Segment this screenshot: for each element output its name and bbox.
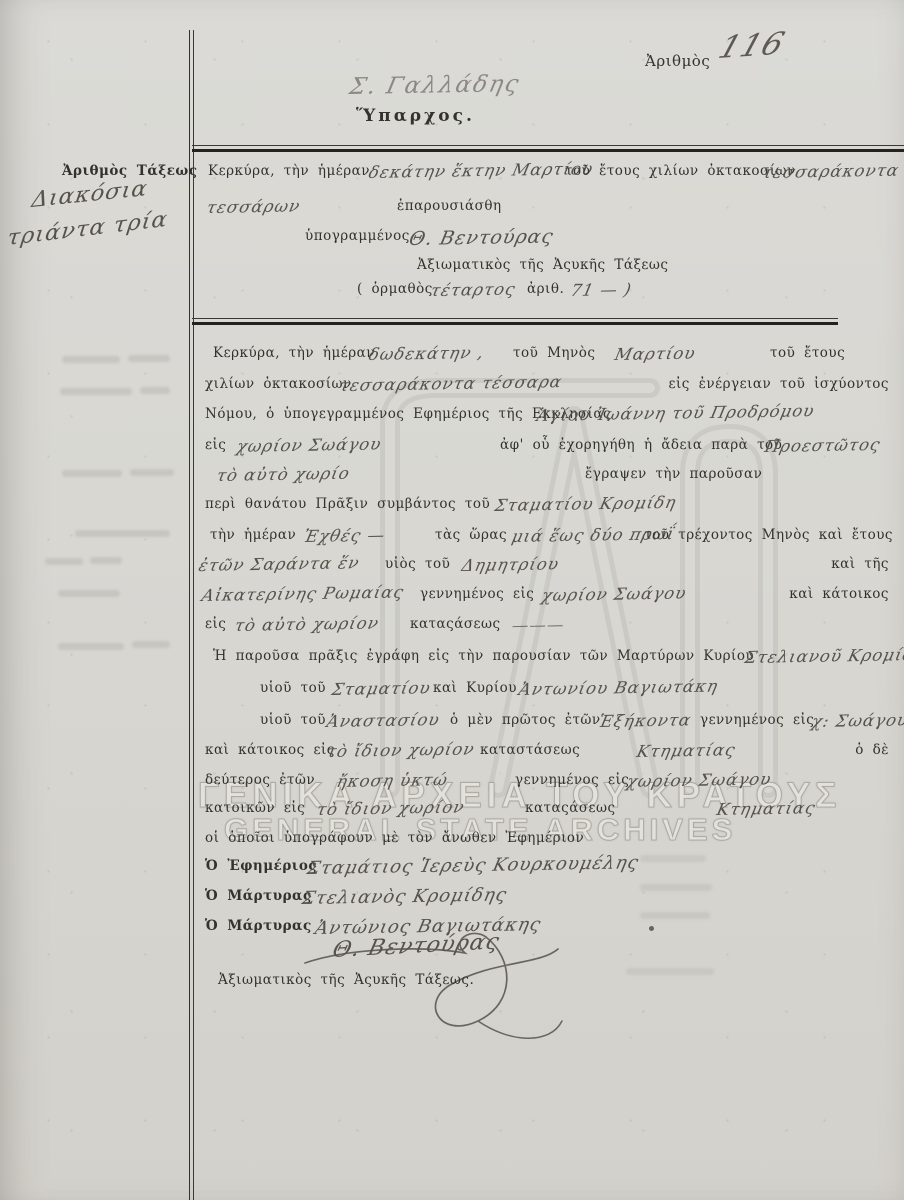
bleed-through-mark	[58, 643, 124, 650]
printed-text: ἔγραψεν τὴν παροῦσαν	[585, 466, 762, 482]
printed-text: καταςάσεως	[525, 800, 616, 816]
signature-line-priest: Ὁ Ἐφημέριος Σταμάτιος Ἱερεὺς Κουρκουμέλη…	[205, 858, 897, 884]
witness-label: Ὁ Μάρτυρας	[205, 918, 312, 934]
bleed-through-mark	[132, 641, 170, 648]
printed-text: οἱ ὁποῖοι ὑπογράφουν μὲ τὸν ἄνωθεν Ἐφημέ…	[205, 830, 584, 846]
order-number-value-line2: τριάντα τρία	[6, 207, 169, 251]
handwritten-father-name: Δημητρίου	[460, 554, 561, 575]
handwritten-church: Ἁγίου Ἰωάννη τοῦ Προδρόμου	[535, 401, 817, 425]
handwritten-entry: Ἐχθές —	[302, 526, 387, 546]
handwritten-entry: τεσσαράκοντα τέσσαρα	[338, 372, 564, 395]
printed-text: ἀριθ.	[527, 281, 564, 297]
header-line-2: τεσσάρων ἐπαρουσιάσθη	[205, 198, 897, 224]
bleed-through-mark	[45, 558, 83, 565]
handwritten-entry: Μαρτίου	[613, 344, 698, 364]
handwritten-witness2-name: Ἀντωνίου Βαγιωτάκη	[517, 677, 720, 699]
bleed-through-mark	[640, 855, 706, 862]
handwritten-age: ἤκοση ὑκτώ	[335, 770, 450, 791]
handwritten-date: δεκάτην ἕκτην Μαρτίου	[367, 159, 595, 182]
printed-text: ὑπογραμμένος	[305, 228, 410, 244]
printed-text: τοῦ τρέχοντος Μηνὸς καὶ ἔτους	[644, 527, 893, 543]
printed-text: κατοικῶν εἰς	[205, 800, 305, 816]
handwritten-entry: δωδεκάτην ,	[367, 343, 486, 364]
bleed-through-mark	[75, 530, 170, 537]
handwritten-mother-name: Αἰκατερίνης Ρωμαίας	[200, 582, 406, 605]
priest-label: Ὁ Ἐφημέριος	[205, 858, 317, 874]
bleed-through-mark	[626, 968, 714, 975]
handwritten-year-cont: τεσσάρων	[205, 196, 302, 217]
handwritten-deceased-name: Σταματίου Κρομίδη	[493, 493, 678, 515]
printed-text: καὶ κάτοικος	[789, 586, 889, 602]
handwritten-witness1-name: Στελιανοῦ Κρομίδη	[743, 645, 904, 667]
handwritten-age: Ἑξήκοντα	[597, 710, 693, 731]
printed-text: γεννημένος εἰς	[515, 772, 629, 788]
order-number-value-line1: Διακόσια	[30, 176, 149, 213]
bleed-through-mark	[128, 355, 170, 362]
signature-flourish	[300, 925, 600, 1055]
handwritten-bundle-number: 71 — )	[569, 280, 634, 300]
bleed-through-mark	[60, 388, 132, 395]
handwritten-dash: ———	[510, 615, 567, 635]
body-line-11: Ἡ παροῦσα πρᾶξις ἐγράφη εἰς τὴν παρουσία…	[205, 648, 897, 674]
bleed-through-mark	[640, 912, 710, 919]
body-line-3: Νόμου, ὁ ὑπογεγραμμένος Εφημέριος τῆς Εκ…	[205, 406, 897, 432]
body-line-2: χιλίων ὀκτακοσίων τεσσαράκοντα τέσσαρα ε…	[205, 376, 897, 402]
bleed-through-mark	[62, 470, 122, 477]
section-horizontal-rule	[192, 318, 838, 325]
printed-text: τοῦ Μηνὸς	[513, 345, 595, 361]
printed-text: τὰς ὥρας	[435, 527, 507, 543]
ink-spot	[649, 926, 654, 931]
bleed-through-mark	[58, 590, 120, 597]
header-horizontal-rule	[192, 145, 904, 152]
bleed-through-mark	[140, 387, 170, 394]
body-line-7: τὴν ἡμέραν Ἐχθές — τὰς ὥρας μιά ἕως δύο …	[205, 527, 897, 553]
body-line-9: Αἰκατερίνης Ρωμαίας γεννημένος εἰς χωρίο…	[205, 586, 897, 612]
printed-text: καταστάσεως	[480, 742, 580, 758]
handwritten-entry: Ἀναστασίου	[325, 710, 442, 731]
body-line-1: Κερκύρα, τὴν ἡμέραν δωδεκάτην , τοῦ Μηνὸ…	[205, 345, 897, 371]
officer-title-bottom: Ἀξιωματικὸς τῆς Ἀςυκῆς Τάξεως.	[218, 972, 474, 988]
printed-text: τὴν ἡμέραν	[210, 527, 296, 543]
body-line-15: δεύτερος ἐτῶν ἤκοση ὑκτώ γεννημένος εἰς …	[205, 772, 897, 798]
office-title: Ὕπαρχος.	[356, 106, 475, 126]
handwritten-occupation: Κτηματίας	[635, 740, 738, 761]
body-line-5: τὸ αὐτὸ χωρίο ἔγραψεν τὴν παροῦσαν	[205, 466, 897, 492]
body-line-6: περὶ θανάτου Πρᾶξιν συμβάντος τοῦ Σταματ…	[205, 496, 897, 522]
bleed-through-mark	[62, 356, 120, 363]
printed-text: ἀφ' οὗ ἐχορηγήθη ἡ ἄδεια παρὰ τοῦ	[500, 437, 782, 453]
printed-text: εἰς	[205, 437, 226, 453]
printed-text: εἰς	[205, 616, 226, 632]
scanned-death-record-page: ΓΕΝΙΚΑ ΑΡΧΕΙΑ ΤΟΥ ΚΡΑΤΟΥΣ GENERAL STATE …	[0, 0, 904, 1200]
body-line-14: καὶ κάτοικος εἰς τὸ ἴδιον χωρίον καταστά…	[205, 742, 897, 768]
header-line-4: Ἀξιωματικὸς τῆς Ἀςυκῆς Τάξεως	[205, 257, 897, 283]
handwritten-village: χ: Σωάγου	[810, 710, 904, 731]
bleed-through-mark	[640, 884, 712, 891]
body-line-17: οἱ ὁποῖοι ὑπογράφουν μὲ τὸν ἄνωθεν Ἐφημέ…	[205, 830, 897, 856]
printed-text: εἰς ἐνέργειαν τοῦ ἰσχύοντος	[669, 376, 889, 392]
handwritten-entry: τὸ αὐτὸ χωρίο	[215, 464, 352, 485]
printed-text: χιλίων ὀκτακοσίων	[205, 376, 352, 392]
printed-text: ὁ δὲ	[855, 742, 889, 758]
printed-text: τοῦ ἔτους	[770, 345, 845, 361]
printed-text: ( ὁρμαθὸς	[357, 281, 433, 297]
witness-label: Ὁ Μάρτυρας	[205, 888, 312, 904]
handwritten-entry: τὸ ἴδιον χωρίον	[325, 739, 477, 761]
printed-text: καὶ Κυρίου	[433, 680, 517, 696]
printed-text: Κερκύρα, τὴν ἡμέραν	[213, 345, 375, 361]
handwritten-bundle: τέταρτος	[429, 280, 518, 300]
printed-text: Κερκύρα, τὴν ἡμέραν	[208, 163, 370, 179]
printed-text: γεννημένος εἰς	[700, 712, 814, 728]
printed-text: ἐπαρουσιάσθη	[397, 198, 502, 214]
signature-line-witness1: Ὁ Μάρτυρας Στελιανὸς Κρομίδης	[205, 888, 897, 914]
printed-text: καταςάσεως	[410, 616, 501, 632]
bleed-through-mark	[90, 557, 122, 564]
priest-signature: Σταμάτιος Ἱερεὺς Κουρκουμέλης	[305, 852, 641, 879]
order-number-label: Ἀριθμὸς Τάξεως	[62, 163, 198, 179]
handwritten-entry: Προεστῶτος	[763, 435, 883, 456]
printed-text: καὶ κάτοικος εἰς	[205, 742, 335, 758]
body-line-16: κατοικῶν εἰς τὸ ἴδιον χωρίον καταςάσεως …	[205, 800, 897, 826]
header-line-3: ὑπογραμμένος Θ. Βεντούρας	[205, 228, 897, 254]
printed-text: υἱὸς τοῦ	[385, 556, 450, 572]
record-number-label: Ἀριθμὸς	[645, 52, 710, 70]
body-line-13: υἱοῦ τοῦ Ἀναστασίου ὁ μὲν πρῶτος ἐτῶν Ἑξ…	[205, 712, 897, 738]
printed-text: Ἀξιωματικὸς τῆς Ἀςυκῆς Τάξεως	[417, 257, 668, 273]
printed-text: γεννημένος εἰς	[420, 586, 534, 602]
printed-text: περὶ θανάτου Πρᾶξιν συμβάντος τοῦ	[205, 496, 490, 512]
officer-signature: Θ. Βεντούρας	[407, 225, 556, 250]
record-number-value: 116	[714, 26, 790, 66]
handwritten-village: χωρίον Σωάγου	[540, 583, 689, 605]
body-line-4: εἰς χωρίον Σωάγου ἀφ' οὗ ἐχορηγήθη ἡ ἄδε…	[205, 437, 897, 463]
handwritten-entry: τὸ ἴδιον χωρίον	[315, 797, 467, 819]
printed-text: δεύτερος ἐτῶν	[205, 772, 315, 788]
header-line-1: Κερκύρα, τὴν ἡμέραν δεκάτην ἕκτην Μαρτίο…	[205, 163, 897, 189]
handwritten-occupation: Κτηματίας	[715, 798, 818, 819]
bleed-through-mark	[130, 469, 174, 476]
printed-text: καὶ τῆς	[831, 556, 889, 572]
printed-text: Ἡ παροῦσα πρᾶξις ἐγράφη εἰς τὴν παρουσία…	[213, 648, 754, 664]
body-line-10: εἰς τὸ αὐτὸ χωρίον καταςάσεως ———	[205, 616, 897, 642]
handwritten-entry: τὸ αὐτὸ χωρίον	[233, 614, 381, 635]
handwritten-village: χωρίον Σωάγου	[625, 769, 774, 791]
margin-vertical-rule	[189, 30, 194, 1200]
pencil-name-annotation: Σ. Γαλλάδης	[347, 71, 523, 100]
body-line-12: υἱοῦ τοῦ Σταματίου καὶ Κυρίου Ἀντωνίου Β…	[205, 680, 897, 706]
handwritten-entry: Σταματίου	[330, 678, 433, 699]
body-line-8: ἐτῶν Σαράντα ἕν υἱὸς τοῦ Δημητρίου καὶ τ…	[205, 556, 897, 582]
printed-text: υἱοῦ τοῦ	[260, 712, 326, 728]
printed-text: ὁ μὲν πρῶτος ἐτῶν	[450, 712, 601, 728]
printed-text: υἱοῦ τοῦ	[260, 680, 326, 696]
header-line-5: ( ὁρμαθὸς τέταρτος ἀριθ. 71 — )	[205, 281, 897, 307]
handwritten-village: χωρίον Σωάγου	[235, 434, 384, 456]
handwritten-age: ἐτῶν Σαράντα ἕν	[197, 553, 361, 575]
witness1-signature: Στελιανὸς Κρομίδης	[300, 884, 509, 909]
handwritten-year: τεσσαράκοντα	[761, 161, 901, 182]
